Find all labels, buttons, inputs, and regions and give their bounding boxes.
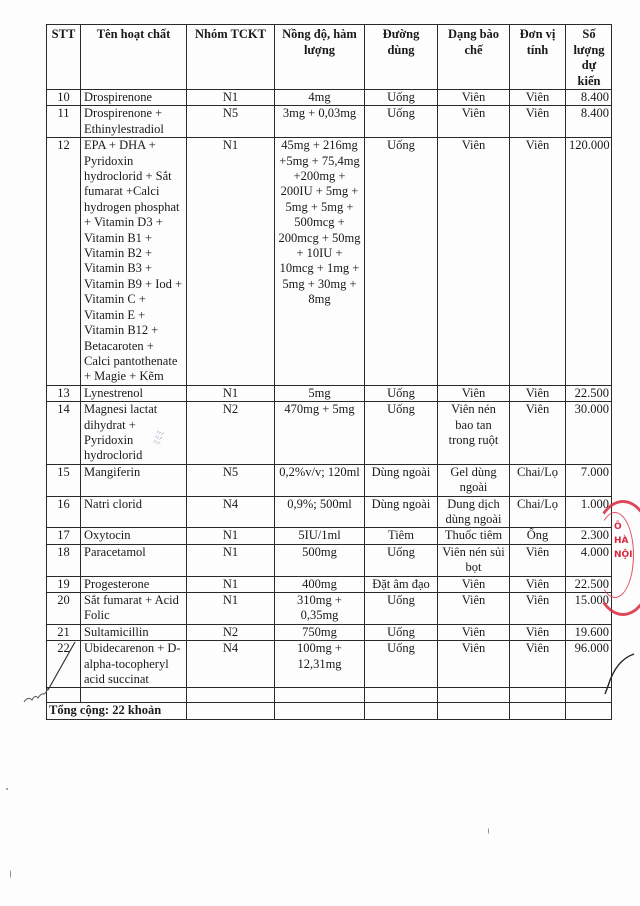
header-stt: STT — [47, 25, 81, 90]
table-row: 12EPA + DHA + Pyridoxin hydroclorid + Sắ… — [47, 138, 612, 386]
cell-quantity: 8.400 — [566, 90, 612, 106]
table-row: 13LynestrenolN15mgUốngViênViên22.500 — [47, 385, 612, 401]
cell-active-ingredient: EPA + DHA + Pyridoxin hydroclorid + Sắt … — [81, 138, 187, 386]
cell-dosage-form: Thuốc tiêm — [438, 528, 510, 544]
table-header-row: STT Tên hoạt chất Nhóm TCKT Nồng độ, hàm… — [47, 25, 612, 90]
cell-route: Uống — [365, 624, 438, 640]
cell-concentration: 5IU/1ml — [275, 528, 365, 544]
cell-unit: Viên — [510, 593, 566, 625]
cell-route: Dùng ngoài — [365, 496, 438, 528]
cell-unit: Viên — [510, 106, 566, 138]
cell-concentration: 3mg + 0,03mg — [275, 106, 365, 138]
cell-unit: Viên — [510, 402, 566, 465]
cell-dosage-form: Viên — [438, 576, 510, 592]
cell-dosage-form: Viên — [438, 641, 510, 688]
table-row: 10DrospirenoneN14mgUốngViênViên8.400 — [47, 90, 612, 106]
cell-unit: Ống — [510, 528, 566, 544]
cell-route: Uống — [365, 641, 438, 688]
cell-quantity: 22.500 — [566, 385, 612, 401]
cell-stt: 20 — [47, 593, 81, 625]
cell-group: N1 — [187, 385, 275, 401]
cell-group: N5 — [187, 106, 275, 138]
cell-route: Uống — [365, 402, 438, 465]
header-dosage-form: Dạng bào chế — [438, 25, 510, 90]
scan-dot — [10, 870, 11, 878]
header-unit: Đơn vị tính — [510, 25, 566, 90]
cell-group: N2 — [187, 402, 275, 465]
cell-concentration: 4mg — [275, 90, 365, 106]
cell-stt: 10 — [47, 90, 81, 106]
cell-route: Uống — [365, 106, 438, 138]
table-row: 15MangiferinN50,2%v/v; 120mlDùng ngoàiGe… — [47, 464, 612, 496]
header-quantity: Số lượng dự kiến — [566, 25, 612, 90]
cell-concentration: 0,2%v/v; 120ml — [275, 464, 365, 496]
cell-unit: Viên — [510, 385, 566, 401]
cell-unit: Viên — [510, 544, 566, 576]
cell-unit: Viên — [510, 641, 566, 688]
table-row: 17OxytocinN15IU/1mlTiêmThuốc tiêmỐng2.30… — [47, 528, 612, 544]
cell-stt: 13 — [47, 385, 81, 401]
cell-concentration: 500mg — [275, 544, 365, 576]
cell-unit: Viên — [510, 576, 566, 592]
cell-active-ingredient: Sultamicillin — [81, 624, 187, 640]
cell-stt: 21 — [47, 624, 81, 640]
cell-concentration: 45mg + 216mg +5mg + 75,4mg +200mg + 200I… — [275, 138, 365, 386]
cell-route: Dùng ngoài — [365, 464, 438, 496]
cell-unit: Chai/Lọ — [510, 496, 566, 528]
cell-dosage-form: Dung dịch dùng ngoài — [438, 496, 510, 528]
scan-dot — [6, 788, 8, 790]
stamp-text: Ô HÀ NỘI — [614, 520, 624, 562]
cell-stt: 18 — [47, 544, 81, 576]
cell-group: N1 — [187, 544, 275, 576]
signature-mark-right — [600, 650, 640, 700]
cell-concentration: 750mg — [275, 624, 365, 640]
cell-dosage-form: Viên — [438, 593, 510, 625]
cell-active-ingredient: Oxytocin — [81, 528, 187, 544]
cell-active-ingredient: Lynestrenol — [81, 385, 187, 401]
cell-active-ingredient: Sắt fumarat + Acid Folic — [81, 593, 187, 625]
header-active-ingredient: Tên hoạt chất — [81, 25, 187, 90]
cell-stt: 17 — [47, 528, 81, 544]
cell-concentration: 100mg + 12,31mg — [275, 641, 365, 688]
cell-quantity: 30.000 — [566, 402, 612, 465]
cell-dosage-form: Gel dùng ngoài — [438, 464, 510, 496]
cell-concentration: 400mg — [275, 576, 365, 592]
cell-active-ingredient: Progesterone — [81, 576, 187, 592]
cell-active-ingredient: Natri clorid — [81, 496, 187, 528]
header-group: Nhóm TCKT — [187, 25, 275, 90]
cell-quantity: 19.600 — [566, 624, 612, 640]
cell-active-ingredient: Magnesi lactat dihydrat + Pyridoxin hydr… — [81, 402, 187, 465]
cell-dosage-form: Viên — [438, 90, 510, 106]
cell-group: N5 — [187, 464, 275, 496]
cell-active-ingredient: Mangiferin — [81, 464, 187, 496]
cell-route: Tiêm — [365, 528, 438, 544]
document-page: STT Tên hoạt chất Nhóm TCKT Nồng độ, hàm… — [0, 0, 640, 906]
cell-dosage-form: Viên nén sủi bọt — [438, 544, 510, 576]
table-row: 19ProgesteroneN1400mgĐặt âm đạoViênViên2… — [47, 576, 612, 592]
cell-stt: 14 — [47, 402, 81, 465]
table-row: 11Drospirenone + EthinylestradiolN53mg +… — [47, 106, 612, 138]
cell-stt: 16 — [47, 496, 81, 528]
cell-unit: Chai/Lọ — [510, 464, 566, 496]
cell-route: Uống — [365, 138, 438, 386]
cell-unit: Viên — [510, 90, 566, 106]
cell-dosage-form: Viên — [438, 385, 510, 401]
cell-dosage-form: Viên — [438, 624, 510, 640]
table-row: 22Ubidecarenon + D-alpha-tocopheryl acid… — [47, 641, 612, 688]
cell-route: Uống — [365, 544, 438, 576]
cell-concentration: 5mg — [275, 385, 365, 401]
cell-concentration: 0,9%; 500ml — [275, 496, 365, 528]
signature-mark-left — [20, 640, 80, 710]
cell-group: N4 — [187, 641, 275, 688]
cell-unit: Viên — [510, 138, 566, 386]
cell-group: N1 — [187, 593, 275, 625]
table-body: 10DrospirenoneN14mgUốngViênViên8.40011Dr… — [47, 90, 612, 688]
cell-route: Uống — [365, 593, 438, 625]
cell-quantity: 7.000 — [566, 464, 612, 496]
cell-unit: Viên — [510, 624, 566, 640]
cell-dosage-form: Viên nén bao tan trong ruột — [438, 402, 510, 465]
cell-stt: 11 — [47, 106, 81, 138]
cell-quantity: 8.400 — [566, 106, 612, 138]
cell-group: N1 — [187, 528, 275, 544]
cell-route: Uống — [365, 90, 438, 106]
cell-quantity: 120.000 — [566, 138, 612, 386]
table-spacer-row — [47, 688, 612, 703]
table-row: 16Natri cloridN40,9%; 500mlDùng ngoàiDun… — [47, 496, 612, 528]
cell-route: Uống — [365, 385, 438, 401]
cell-group: N1 — [187, 90, 275, 106]
scan-dot — [488, 828, 489, 834]
drug-list-table: STT Tên hoạt chất Nhóm TCKT Nồng độ, hàm… — [46, 24, 612, 720]
cell-group: N1 — [187, 138, 275, 386]
table-row: 20Sắt fumarat + Acid FolicN1310mg + 0,35… — [47, 593, 612, 625]
table-row: 18ParacetamolN1500mgUốngViên nén sủi bọt… — [47, 544, 612, 576]
cell-group: N1 — [187, 576, 275, 592]
table-row: 14Magnesi lactat dihydrat + Pyridoxin hy… — [47, 402, 612, 465]
cell-active-ingredient: Paracetamol — [81, 544, 187, 576]
table-row: 21SultamicillinN2750mgUốngViênViên19.600 — [47, 624, 612, 640]
cell-dosage-form: Viên — [438, 106, 510, 138]
cell-active-ingredient: Drospirenone — [81, 90, 187, 106]
table-total-row: Tổng cộng: 22 khoản — [47, 703, 612, 719]
cell-concentration: 470mg + 5mg — [275, 402, 365, 465]
cell-concentration: 310mg + 0,35mg — [275, 593, 365, 625]
header-route: Đường dùng — [365, 25, 438, 90]
cell-stt: 12 — [47, 138, 81, 386]
cell-group: N4 — [187, 496, 275, 528]
cell-route: Đặt âm đạo — [365, 576, 438, 592]
cell-stt: 19 — [47, 576, 81, 592]
cell-dosage-form: Viên — [438, 138, 510, 386]
cell-active-ingredient: Ubidecarenon + D-alpha-tocopheryl acid s… — [81, 641, 187, 688]
header-concentration: Nồng độ, hàm lượng — [275, 25, 365, 90]
cell-stt: 15 — [47, 464, 81, 496]
cell-active-ingredient: Drospirenone + Ethinylestradiol — [81, 106, 187, 138]
cell-group: N2 — [187, 624, 275, 640]
